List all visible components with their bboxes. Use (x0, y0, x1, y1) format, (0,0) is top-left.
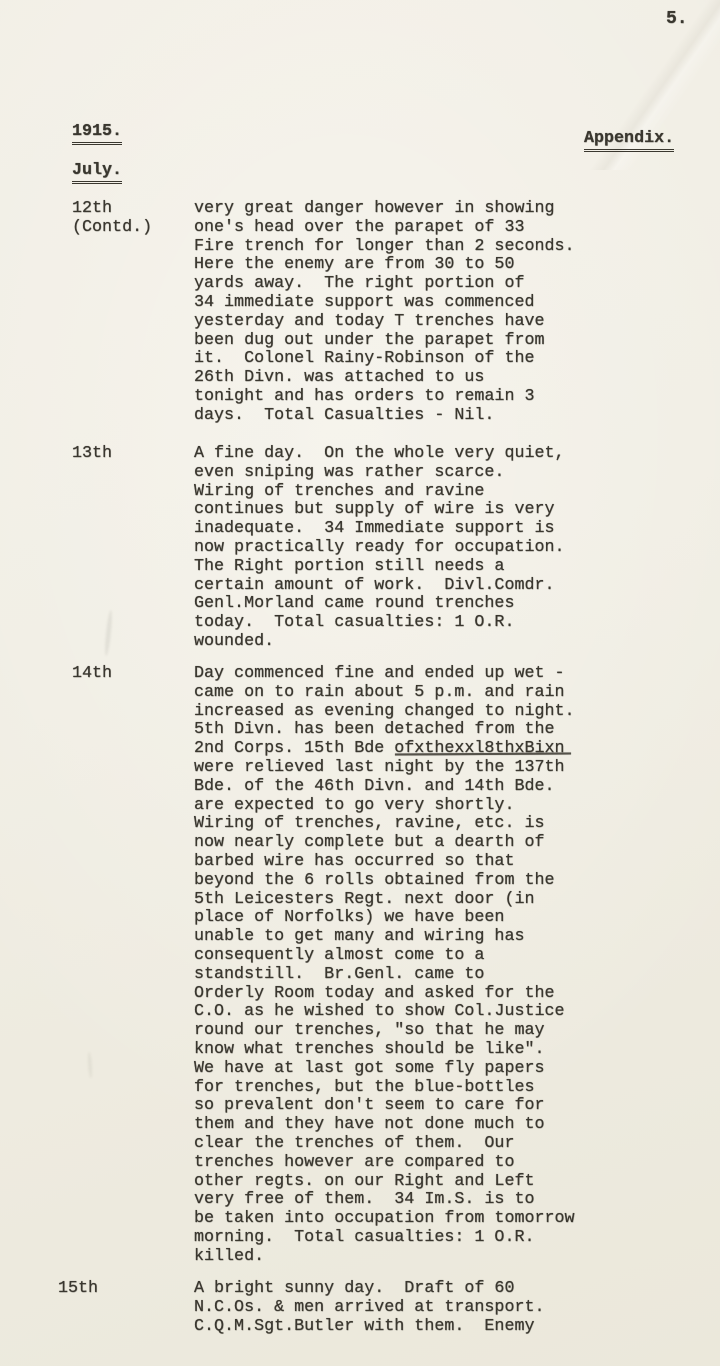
entry-body-12th: very great danger however in showing one… (194, 200, 614, 426)
entry-day-label-15th: 15th (58, 1280, 183, 1299)
entry-body-15th: A bright sunny day. Draft of 60 N.C.Os. … (194, 1280, 614, 1336)
entry-body-13th: A fine day. On the whole very quiet, eve… (194, 445, 614, 652)
entry-day-label-13th: 13th (72, 445, 197, 464)
year-heading: 1915. (72, 123, 122, 145)
margin-smudge (104, 610, 114, 656)
entry-day-label-14th: 14th (72, 665, 197, 684)
appendix-heading: Appendix. (584, 130, 674, 152)
diary-page: 5. 1915. Appendix. July. 12th (Contd.) v… (0, 0, 720, 1366)
entry-day-label-12th: 12th (Contd.) (72, 200, 197, 238)
year-heading-wrap: 1915. (72, 123, 122, 145)
margin-smudge (87, 1052, 93, 1078)
page-number: 5. (666, 10, 688, 29)
month-heading-wrap: July. (72, 162, 122, 184)
appendix-heading-wrap: Appendix. (584, 130, 674, 152)
month-heading: July. (72, 162, 122, 184)
